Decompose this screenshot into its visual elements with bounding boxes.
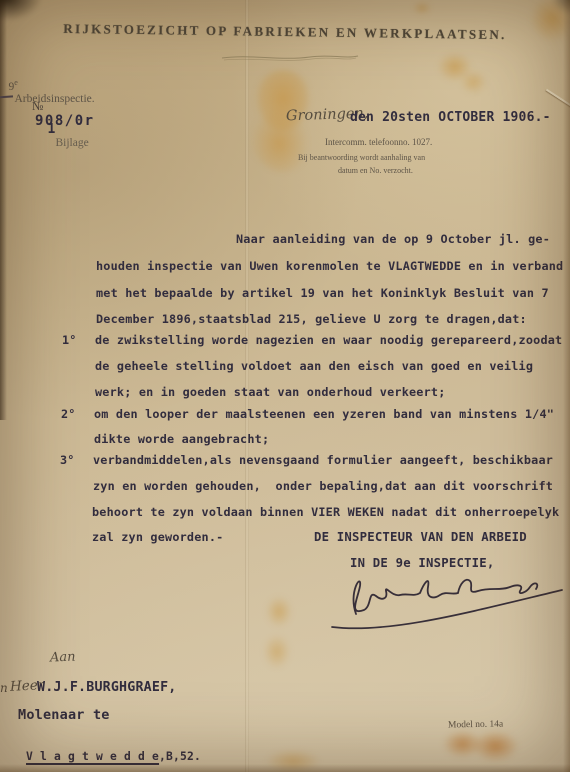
body-line: December 1896,staatsblad 215, gelieve U … xyxy=(96,312,527,327)
den-fragment: n xyxy=(0,681,8,695)
stain-top-dot xyxy=(410,0,434,16)
body-line: houden inspectie van Uwen korenmolen te … xyxy=(96,259,563,274)
division-superscript: e xyxy=(14,78,18,87)
body-line: zyn en worden gehouden, onder bepaling,d… xyxy=(93,479,553,494)
body-line: met het bepaalde by artikel 19 van het K… xyxy=(96,286,549,301)
body-line: om den looper der maalsteenen een yzeren… xyxy=(94,407,554,422)
date-line: den 20sten OCTOBER 1906.- xyxy=(350,110,551,125)
body-line: de geheele stelling voldoet aan den eisc… xyxy=(95,359,533,374)
divider-flourish xyxy=(220,52,360,64)
letterhead-title: RIJKSTOEZICHT OP FABRIEKEN EN WERKPLAATS… xyxy=(30,20,540,43)
stain-top-right-cluster xyxy=(430,46,492,106)
item-marker: 2° xyxy=(61,407,76,422)
item-marker: 3° xyxy=(60,453,75,468)
signature xyxy=(270,566,570,640)
body-line: verbandmiddelen,als nevensgaand formulie… xyxy=(93,453,553,468)
recipient-place-spaced: V l a g t w e d d e xyxy=(26,750,159,763)
enclosure-count: 1 xyxy=(48,122,56,137)
recipient-role: Molenaar te xyxy=(18,708,110,723)
body-line: de zwikstelling worde nagezien en waar n… xyxy=(95,333,562,348)
telephone-note: Intercomm. telefoonno. 1027. xyxy=(325,137,432,147)
stain-bottom-center xyxy=(256,742,330,772)
signoff-title-line1: DE INSPECTEUR VAN DEN ARBEID xyxy=(314,530,527,545)
body-line: werk; en in goeden staat van onderhoud v… xyxy=(95,385,446,400)
body-line: dikte worde aangebracht; xyxy=(94,432,269,447)
recipient-name: W.J.F.BURGHGRAEF, xyxy=(37,680,177,695)
letter-document: RIJKSTOEZICHT OP FABRIEKEN EN WERKPLAATS… xyxy=(0,0,570,772)
item-marker: 1° xyxy=(62,333,77,348)
aan-script: Aan xyxy=(50,650,76,666)
recipient-place-tail: ,B,52. xyxy=(159,750,201,763)
reply-note-line2: datum en No. verzocht. xyxy=(338,166,413,175)
photo-edge-left xyxy=(0,0,7,420)
enclosure-line: 1 Bijlage xyxy=(36,110,89,161)
model-number-note: Model no. 14a xyxy=(448,720,503,731)
reply-note-line1: Bij beantwoording wordt aanhaling van xyxy=(298,153,425,162)
recipient-place-line: V l a g t w e d d e,B,52. xyxy=(0,734,201,772)
body-line: Naar aanleiding van de op 9 October jl. … xyxy=(236,232,550,247)
photo-edge-top-right-corner xyxy=(538,0,570,28)
body-line: behoort te zyn voldaan binnen VIER WEKEN… xyxy=(92,505,559,520)
photo-edge-right xyxy=(563,0,570,772)
body-line: zal zyn geworden.- xyxy=(92,530,223,545)
enclosure-label: Bijlage xyxy=(56,137,89,149)
